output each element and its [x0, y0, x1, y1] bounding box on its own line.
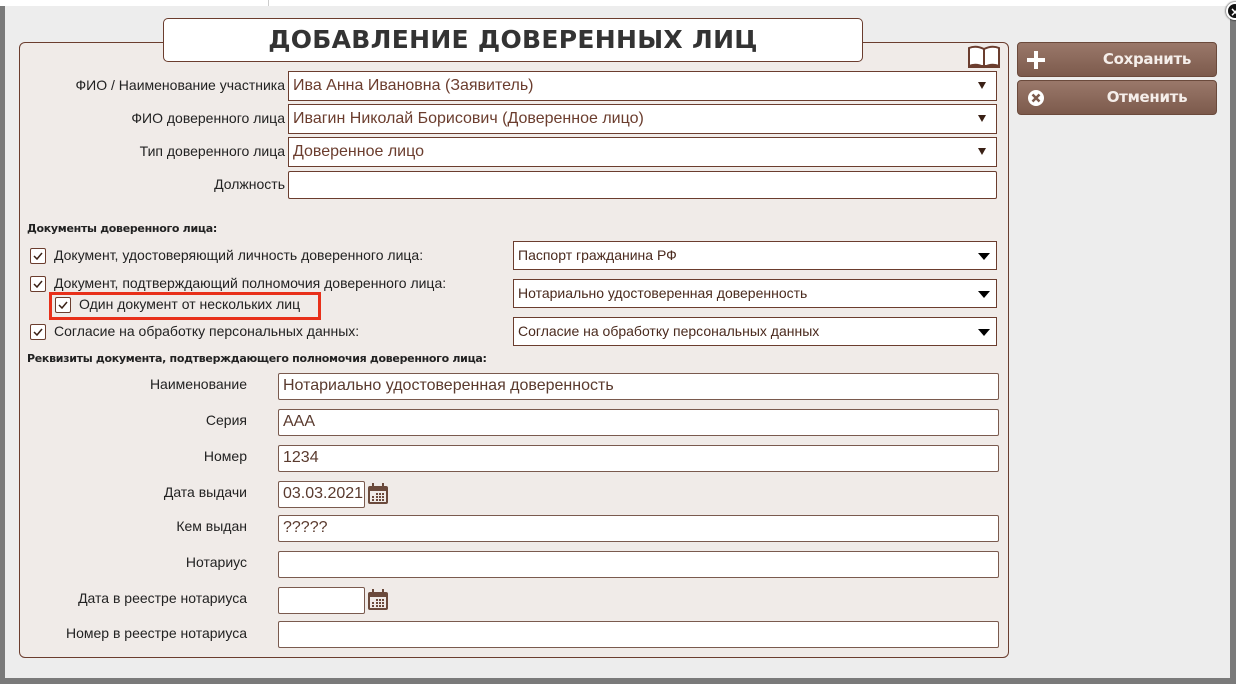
requisites-section-title: Реквизиты документа, подтверждающего пол…: [27, 352, 487, 365]
trustee-name-label: ФИО доверенного лица: [25, 110, 285, 126]
consent-label: Согласие на обработку персональных данны…: [54, 323, 359, 339]
trustee-type-value: Доверенное лицо: [293, 143, 424, 160]
add-trustees-dialog: × ДОБАВЛЕНИЕ ДОВЕРЕННЫХ ЛИЦ Сохранить От…: [5, 6, 1230, 678]
checkmark-icon: [33, 280, 43, 288]
issue-date-label: Дата выдачи: [25, 484, 247, 500]
doc-name-value: Нотариально удостоверенная доверенность: [283, 377, 614, 394]
number-input[interactable]: 1234: [278, 445, 999, 472]
issued-by-input[interactable]: ?????: [278, 515, 999, 542]
authority-doc-value: Нотариально удостоверенная доверенность: [518, 285, 807, 301]
position-label: Должность: [25, 176, 285, 192]
chevron-down-icon: [978, 115, 986, 122]
authority-doc-select[interactable]: Нотариально удостоверенная доверенность: [513, 279, 997, 308]
documents-section-title: Документы доверенного лица:: [27, 222, 217, 235]
doc-name-input[interactable]: Нотариально удостоверенная доверенность: [278, 373, 999, 400]
participant-label: ФИО / Наименование участника: [25, 77, 285, 93]
consent-checkbox[interactable]: [30, 324, 46, 340]
dialog-title: ДОБАВЛЕНИЕ ДОВЕРЕННЫХ ЛИЦ: [163, 18, 863, 62]
save-button-label: Сохранить: [1078, 50, 1216, 68]
chevron-down-icon: [978, 82, 986, 89]
participant-select[interactable]: Ива Анна Ивановна (Заявитель): [288, 71, 997, 101]
cancel-circle-icon: [1026, 88, 1046, 108]
issued-by-label: Кем выдан: [25, 518, 247, 534]
registry-number-label: Номер в реестре нотариуса: [25, 625, 247, 641]
issue-date-input[interactable]: 03.03.2021: [278, 481, 365, 508]
series-value: ААА: [283, 413, 315, 430]
issue-date-value: 03.03.2021: [283, 485, 363, 502]
registry-date-input[interactable]: [278, 587, 365, 614]
position-input[interactable]: [288, 171, 997, 199]
single-doc-multiple-persons-checkbox[interactable]: [55, 297, 71, 313]
issued-by-value: ?????: [283, 519, 328, 536]
notary-label: Нотариус: [25, 554, 247, 570]
consent-select[interactable]: Согласие на обработку персональных данны…: [513, 317, 997, 346]
save-button[interactable]: Сохранить: [1017, 42, 1217, 77]
registry-number-input[interactable]: [278, 621, 999, 648]
chevron-down-icon: [978, 329, 990, 336]
chevron-down-icon: [978, 253, 990, 260]
plus-icon: [1026, 50, 1046, 70]
registry-date-label: Дата в реестре нотариуса: [25, 590, 247, 606]
cancel-button[interactable]: Отменить: [1017, 80, 1217, 115]
series-label: Серия: [25, 412, 247, 428]
trustee-type-select[interactable]: Доверенное лицо: [288, 137, 997, 167]
identity-doc-checkbox[interactable]: [30, 248, 46, 264]
trustee-name-value: Ивагин Николай Борисович (Доверенное лиц…: [293, 110, 644, 127]
calendar-icon[interactable]: [367, 483, 389, 505]
book-icon[interactable]: [967, 45, 1001, 69]
identity-doc-select[interactable]: Паспорт гражданина РФ: [513, 241, 997, 270]
number-label: Номер: [25, 448, 247, 464]
chevron-down-icon: [978, 148, 986, 155]
identity-doc-label: Документ, удостоверяющий личность довере…: [54, 247, 423, 263]
single-doc-multiple-persons-label: Один документ от нескольких лиц: [79, 296, 300, 312]
participant-value: Ива Анна Ивановна (Заявитель): [293, 77, 534, 94]
notary-input[interactable]: [278, 551, 999, 578]
identity-doc-value: Паспорт гражданина РФ: [518, 247, 677, 263]
authority-doc-label: Документ, подтверждающий полномочия дове…: [54, 275, 446, 291]
calendar-icon[interactable]: [367, 589, 389, 611]
checkmark-icon: [33, 252, 43, 260]
authority-doc-checkbox[interactable]: [30, 276, 46, 292]
close-icon[interactable]: ×: [1226, 2, 1236, 20]
doc-name-label: Наименование: [25, 376, 247, 392]
trustee-name-select[interactable]: Ивагин Николай Борисович (Доверенное лиц…: [288, 104, 997, 134]
checkmark-icon: [33, 328, 43, 336]
number-value: 1234: [283, 449, 319, 466]
trustee-type-label: Тип доверенного лица: [25, 143, 285, 159]
series-input[interactable]: ААА: [278, 409, 999, 436]
chevron-down-icon: [978, 291, 990, 298]
checkmark-icon: [58, 301, 68, 309]
consent-value: Согласие на обработку персональных данны…: [518, 323, 819, 339]
cancel-button-label: Отменить: [1078, 88, 1216, 106]
